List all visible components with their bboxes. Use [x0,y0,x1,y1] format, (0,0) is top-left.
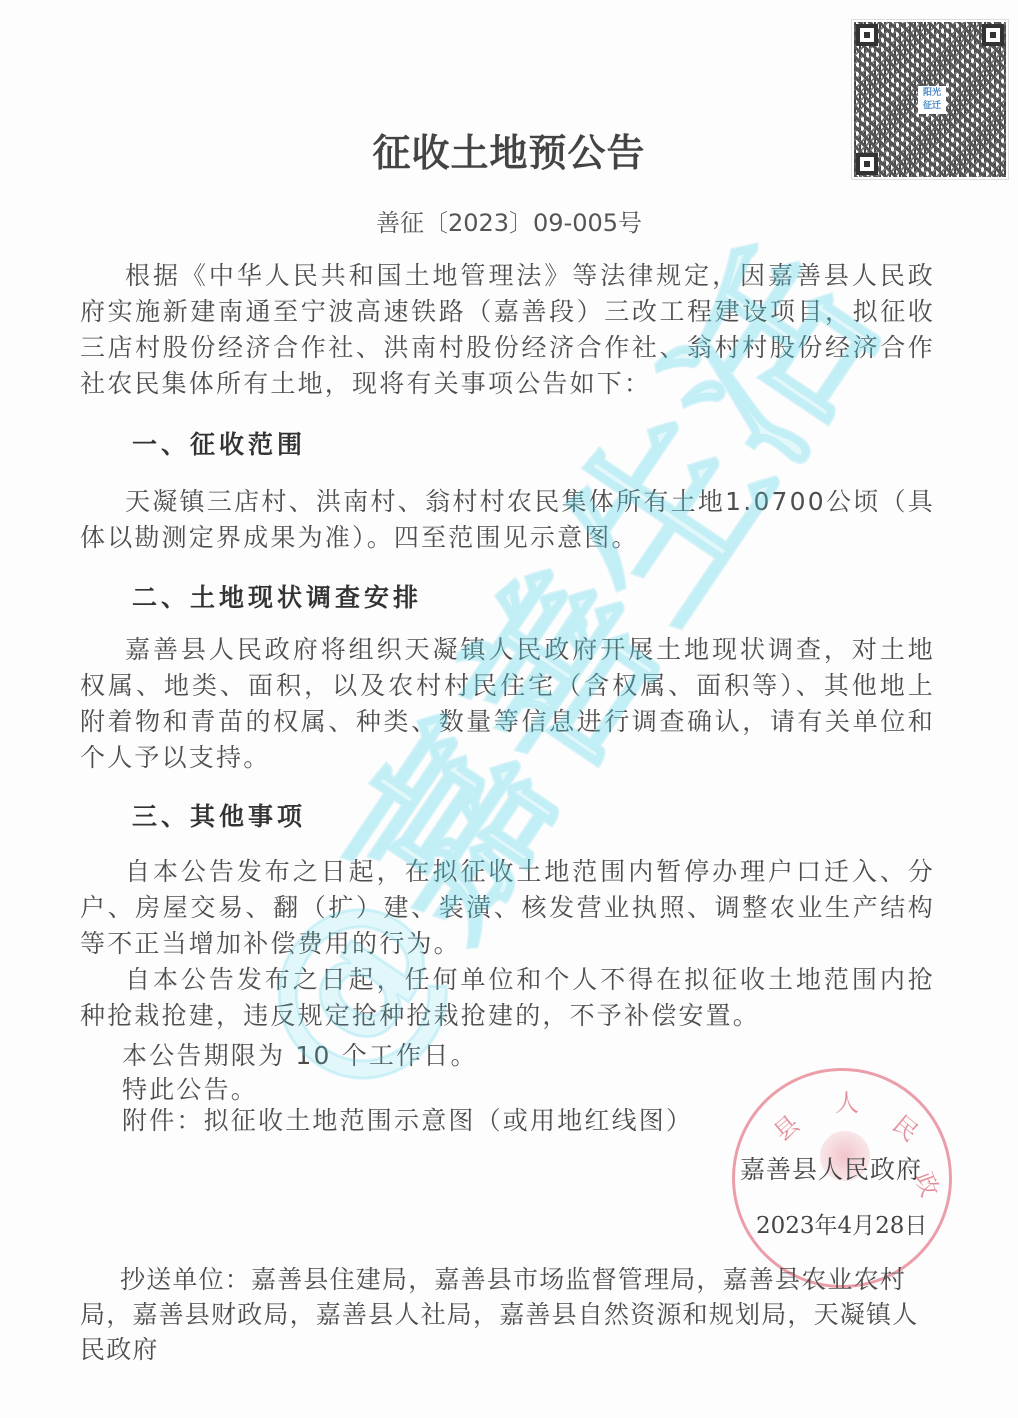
qr-logo-line2: 征迁 [918,100,946,113]
qr-logo-line1: 阳光 [918,87,946,100]
seal-ring-char: 县 [765,1105,806,1147]
document-page: 阳光 征迁 征收土地预公告 善征〔2023〕09-005号 根据《中华人民共和国… [0,0,1018,1418]
document-title: 征收土地预公告 [0,122,1018,177]
qr-logo: 阳光 征迁 [918,86,946,114]
qr-finder-pattern [856,24,878,46]
section-body-2: 嘉善县人民政府将组织天凝镇人民政府开展土地现状调查，对土地权属、地类、面积，以及… [80,632,935,776]
section-heading-2: 二、土地现状调查安排 [132,578,422,614]
section-heading-3: 三、其他事项 [132,797,306,833]
intro-paragraph: 根据《中华人民共和国土地管理法》等法律规定，因嘉善县人民政府实施新建南通至宁波高… [80,258,935,402]
period-line: 本公告期限为 10 个工作日。 [122,1036,478,1072]
signature-date: 2023年4月28日 [756,1207,927,1240]
cc-recipients: 抄送单位：嘉善县住建局，嘉善县市场监督管理局，嘉善县农业农村局，嘉善县财政局，嘉… [80,1262,940,1367]
section-body-3a: 自本公告发布之日起，在拟征收土地范围内暂停办理户口迁入、分户、房屋交易、翻（扩）… [80,854,935,962]
document-number: 善征〔2023〕09-005号 [0,203,1018,238]
seal-ring-char: 人 [835,1083,859,1118]
section-body-3b: 自本公告发布之日起，任何单位和个人不得在拟征收土地范围内抢种抢栽抢建，违反规定抢… [80,962,935,1034]
qr-finder-pattern [982,24,1004,46]
seal-ring-char: 民 [887,1105,928,1147]
section-heading-1: 一、征收范围 [132,425,306,461]
section-body-1: 天凝镇三店村、洪南村、翁村村农民集体所有土地1.0700公顷（具体以勘测定界成果… [80,484,935,556]
signature-authority: 嘉善县人民政府 [740,1150,922,1186]
cc-text: 抄送单位：嘉善县住建局，嘉善县市场监督管理局，嘉善县农业农村局，嘉善县财政局，嘉… [80,1262,940,1367]
attachment-line: 附件：拟征收土地范围示意图（或用地红线图） [122,1101,693,1137]
